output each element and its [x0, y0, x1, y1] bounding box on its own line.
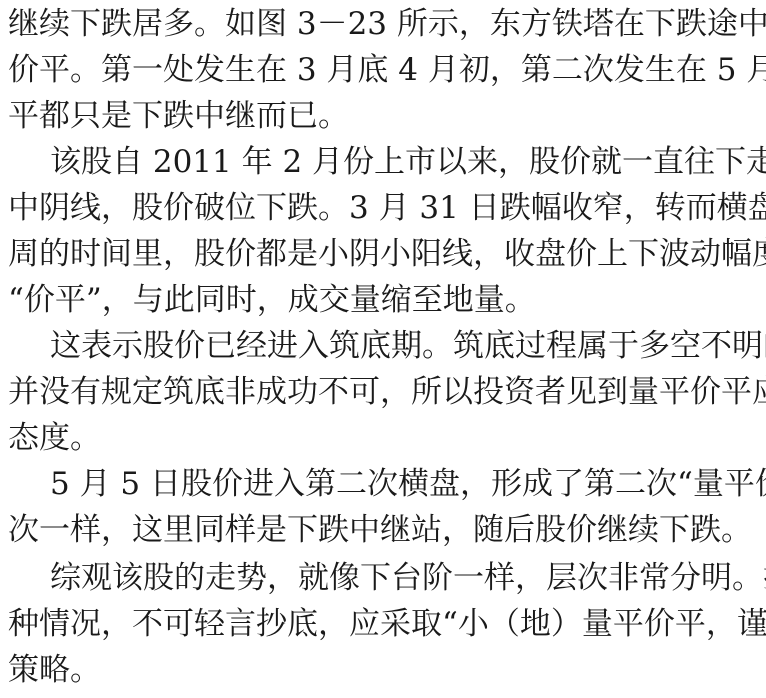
paragraph-1-line-1: 继续下跌居多。如图 3－23 所示，东方铁塔在下跌途中出现了两处量平: [8, 4, 760, 44]
paragraph-2-line-4: “价平”，与此同时，成交量缩至地量。: [8, 280, 760, 320]
paragraph-2-line-3: 周的时间里，股价都是小阴小阳线，收盘价上下波动幅度很小，形成了: [8, 234, 760, 274]
paragraph-1-line-2: 价平。第一处发生在 3 月底 4 月初，第二次发生在 5 月初，这两次量平价: [8, 50, 760, 90]
paragraph-3-line-2: 并没有规定筑底非成功不可，所以投资者见到量平价平应采取观望: [8, 372, 760, 412]
paragraph-2-line-2: 中阴线，股价破位下跌。3 月 31 日跌幅收窄，转而横盘整理。在大约两: [8, 188, 760, 228]
paragraph-5-line-3: 策略。: [8, 650, 760, 690]
paragraph-4-line-2: 次一样，这里同样是下跌中继站，随后股价继续下跌。: [8, 510, 760, 550]
document-page: 继续下跌居多。如图 3－23 所示，东方铁塔在下跌途中出现了两处量平 价平。第一…: [0, 0, 766, 698]
paragraph-5-line-2: 种情况，不可轻言抄底，应采取“小（地）量平价平，谨慎观望”的: [8, 604, 760, 644]
paragraph-3-line-3: 态度。: [8, 418, 760, 458]
paragraph-3-line-1: 这表示股价已经进入筑底期。筑底过程属于多空不明的状况，股市: [50, 326, 760, 366]
paragraph-1-line-3: 平都只是下跌中继而已。: [8, 96, 760, 136]
paragraph-4-line-1: 5 月 5 日股价进入第二次横盘，形成了第二次“量平价平”。与前一: [50, 464, 760, 504]
paragraph-5-line-1: 综观该股的走势，就像下台阶一样，层次非常分明。投资者遇到这: [50, 558, 760, 598]
paragraph-2-line-1: 该股自 2011 年 2 月份上市以来，股价就一直往下走。3 月 29 日一支: [50, 142, 760, 182]
